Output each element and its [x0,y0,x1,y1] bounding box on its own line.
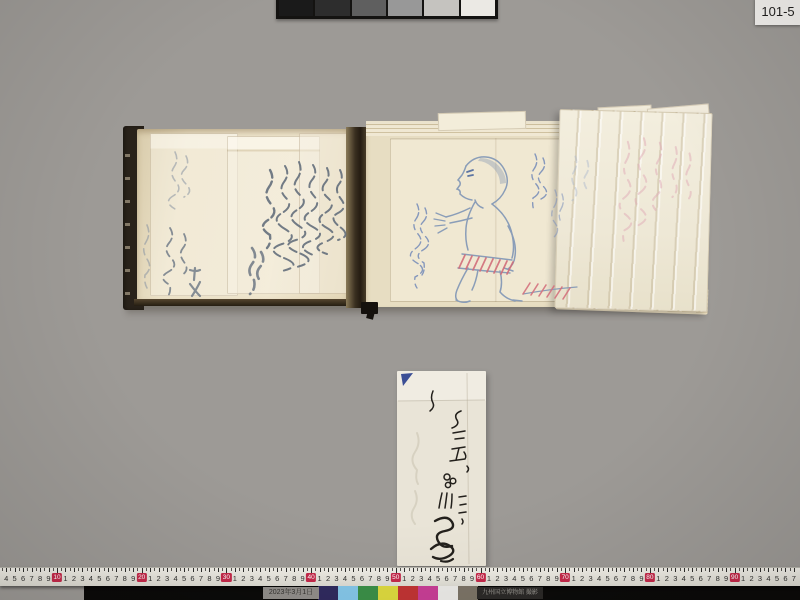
ruler-tick [15,568,16,572]
ruler-number: 1 [233,574,237,584]
ruler-number: 9 [385,574,389,584]
ruler-tick [201,568,202,572]
ruler-number: 2 [72,574,76,584]
ruler-number: 2 [411,574,415,584]
ruler-number: 6 [783,574,787,584]
ruler-number: 2 [495,574,499,584]
ruler-half-tick [612,568,613,571]
color-patch [378,586,398,600]
ruler-number: 2 [665,574,669,584]
ruler-tick [447,568,448,572]
ruler-tick [641,568,642,572]
ruler-number: 3 [673,574,677,584]
ruler-tick [633,568,634,572]
ruler-half-tick [95,568,96,571]
color-patch [398,586,418,600]
ruler-tick [150,568,151,572]
ruler-number: 6 [190,574,194,584]
slip-calligraphy [397,371,486,566]
ruler-tick [23,568,24,572]
ruler-tick [387,568,388,572]
ruler-half-tick [561,568,562,571]
item-id-label: 101-5 [755,0,800,25]
ruler-number: 1 [63,574,67,584]
grayscale-patch [388,0,422,16]
ruler-half-tick [265,568,266,571]
ruler-number: 6 [21,574,25,584]
ruler-half-tick [442,568,443,571]
ruler-tick [582,568,583,572]
color-patch [318,586,338,600]
ruler-tick [91,568,92,572]
ruler-tick [116,568,117,572]
ruler-tick [6,568,7,572]
ruler-half-tick [248,568,249,571]
ruler-half-tick [129,568,130,571]
ruler-number: 3 [80,574,84,584]
ruler-number: 8 [292,574,296,584]
ruler-decade-number: 60 [475,573,485,582]
calligraphy-small-marks [163,228,200,296]
ruler-tick [235,568,236,572]
ruler-half-tick [773,568,774,571]
ruler-number: 6 [614,574,618,584]
ruler-number: 4 [682,574,686,584]
ruler-tick [269,568,270,572]
figure-sketch [434,157,577,302]
ruler-tick [709,568,710,572]
ruler-number: 3 [419,574,423,584]
ruler-half-tick [552,568,553,571]
ruler-half-tick [578,568,579,571]
ruler-half-tick [459,568,460,571]
ruler-half-tick [713,568,714,571]
ruler-half-tick [146,568,147,571]
ruler-number: 3 [504,574,508,584]
ruler-number: 7 [622,574,626,584]
ruler-number: 7 [284,574,288,584]
ruler-half-tick [519,568,520,571]
ruler-tick [345,568,346,572]
ruler-half-tick [180,568,181,571]
ruler-half-tick [595,568,596,571]
ruler-half-tick [273,568,274,571]
ruler-tick [438,568,439,572]
ruler-number: 2 [749,574,753,584]
ruler-half-tick [239,568,240,571]
ruler-number: 9 [639,574,643,584]
ruler-tick [616,568,617,572]
ruler-half-tick [569,568,570,571]
ruler-decade-number: 70 [560,573,570,582]
archival-photo: 101-5 [0,0,800,600]
ruler-half-tick [739,568,740,571]
ruler-number: 1 [317,574,321,584]
ruler-tick [548,568,549,572]
ruler-tick [40,568,41,572]
ruler-tick [785,568,786,572]
ruler-number: 7 [29,574,33,584]
ruler-half-tick [705,568,706,571]
ruler-tick [591,568,592,572]
ruler-number: 5 [436,574,440,584]
ruler-tick [608,568,609,572]
ruler-tick [303,568,304,572]
ruler-half-tick [137,568,138,571]
ruler-tick [49,568,50,572]
ruler-number: 5 [97,574,101,584]
ruler-number: 2 [326,574,330,584]
ruler-half-tick [400,568,401,571]
ruler-half-tick [756,568,757,571]
ruler-half-tick [171,568,172,571]
ruler-number: 1 [572,574,576,584]
grayscale-patch [279,0,313,16]
ruler-number: 5 [775,574,779,584]
ruler-number: 3 [250,574,254,584]
ruler-tick [557,568,558,572]
ruler-decade-number: 30 [221,573,231,582]
ruler-tick [413,568,414,572]
ruler-half-tick [620,568,621,571]
ruler-number: 5 [182,574,186,584]
ruler-number: 9 [301,574,305,584]
ruler-half-tick [36,568,37,571]
ruler-number: 9 [470,574,474,584]
color-calibration-bar [318,586,478,600]
ruler-half-tick [603,568,604,571]
ruler-half-tick [104,568,105,571]
ruler-number: 4 [89,574,93,584]
ruler-half-tick [298,568,299,571]
ruler-tick [684,568,685,572]
ruler-number: 8 [716,574,720,584]
ruler-half-tick [70,568,71,571]
ruler-number: 3 [758,574,762,584]
ruler-tick [252,568,253,572]
ruler-tick [523,568,524,572]
ruler-half-tick [222,568,223,571]
ruler-half-tick [392,568,393,571]
ruler-half-tick [281,568,282,571]
ruler-half-tick [544,568,545,571]
ruler-half-tick [163,568,164,571]
ruler-number: 6 [275,574,279,584]
ruler-tick [701,568,702,572]
ruler-half-tick [646,568,647,571]
ruler-half-tick [53,568,54,571]
ruler-half-tick [502,568,503,571]
ruler-half-tick [341,568,342,571]
ruler-half-tick [383,568,384,571]
ruler-half-tick [197,568,198,571]
credit-label: 九州国立博物館 撮影 [477,587,543,599]
ruler-number: 2 [580,574,584,584]
ruler-tick [421,568,422,572]
ruler-number: 6 [106,574,110,584]
ruler-tick [760,568,761,572]
ruler-tick [464,568,465,572]
ruler-half-tick [349,568,350,571]
ruler-number: 6 [445,574,449,584]
ruler-tick [286,568,287,572]
ruler-number: 6 [360,574,364,584]
ruler-half-tick [451,568,452,571]
ruler-number: 4 [428,574,432,584]
ruler-tick [243,568,244,572]
ruler-number: 5 [13,574,17,584]
ruler-number: 8 [546,574,550,584]
ruler-half-tick [61,568,62,571]
ruler-tick [675,568,676,572]
ruler-tick [260,568,261,572]
ruler-half-tick [434,568,435,571]
ruler-half-tick [671,568,672,571]
ruler-number: 8 [207,574,211,584]
ruler-tick [743,568,744,572]
ruler-half-tick [290,568,291,571]
ruler-number: 4 [258,574,262,584]
ruler-number: 2 [157,574,161,584]
ruler-half-tick [680,568,681,571]
ruler-number: 8 [461,574,465,584]
ruler-number: 1 [402,574,406,584]
ruler-number: 1 [487,574,491,584]
ruler-number: 8 [631,574,635,584]
ruler-half-tick [121,568,122,571]
ruler-tick [209,568,210,572]
ruler-tick [82,568,83,572]
ruler-tick [218,568,219,572]
ruler-half-tick [324,568,325,571]
ruler-number: 7 [792,574,796,584]
calligraphy-columns [263,162,346,271]
grayscale-patch [352,0,386,16]
ruler-tick [167,568,168,572]
ruler-half-tick [468,568,469,571]
color-patch [358,586,378,600]
ruler-half-tick [536,568,537,571]
ruler-tick [667,568,668,572]
ruler-half-tick [358,568,359,571]
ruler-tick [337,568,338,572]
ruler-tick [489,568,490,572]
ruler-tick [353,568,354,572]
ruler-half-tick [764,568,765,571]
ruler-half-tick [366,568,367,571]
ruler-number: 1 [741,574,745,584]
ruler-decade-number: 20 [137,573,147,582]
ruler-number: 6 [699,574,703,584]
ruler-half-tick [527,568,528,571]
ruler-half-tick [688,568,689,571]
paper-slip [397,371,486,566]
ruler-half-tick [586,568,587,571]
ruler-half-tick [27,568,28,571]
ruler-tick [540,568,541,572]
ruler-number: 9 [46,574,50,584]
ruler-number: 7 [538,574,542,584]
ruler-number: 8 [123,574,127,584]
ruler-tick [658,568,659,572]
ruler-number: 8 [38,574,42,584]
ruler-half-tick [214,568,215,571]
ruler-number: 7 [453,574,457,584]
ruler-half-tick [663,568,664,571]
ruler-tick [497,568,498,572]
ruler-tick [506,568,507,572]
ruler-tick [320,568,321,572]
ruler-tick [404,568,405,572]
ruler-half-tick [425,568,426,571]
ink-artwork [118,108,718,338]
ruler-number: 7 [368,574,372,584]
ruler-number: 9 [724,574,728,584]
ruler-half-tick [409,568,410,571]
ruler-number: 5 [521,574,525,584]
calligraphy-faint-columns [144,152,190,288]
ruler-decade-number: 90 [729,573,739,582]
ruler-number: 3 [165,574,169,584]
ruler-tick [379,568,380,572]
color-patch [438,586,458,600]
ruler-half-tick [493,568,494,571]
ruler-tick [794,568,795,572]
grayscale-patch [424,0,458,16]
ruler-half-tick [315,568,316,571]
calligraphy-bold-marks [249,248,263,294]
ruler-half-tick [188,568,189,571]
ruler-number: 4 [4,574,8,584]
ruler-half-tick [696,568,697,571]
ruler-decade-number: 50 [391,573,401,582]
ruler-number: 9 [216,574,220,584]
ruler-tick [472,568,473,572]
ruler-half-tick [19,568,20,571]
ruler-half-tick [485,568,486,571]
ruler-number: 4 [766,574,770,584]
ruler-number: 7 [114,574,118,584]
color-patch [458,586,478,600]
ruler-tick [277,568,278,572]
ruler-half-tick [790,568,791,571]
ruler-tick [328,568,329,572]
red-hatch-floor [523,283,570,299]
ruler-tick [726,568,727,572]
ruler-half-tick [87,568,88,571]
ruler-number: 8 [377,574,381,584]
ruler-half-tick [2,568,3,571]
ruler-half-tick [722,568,723,571]
ruler-tick [108,568,109,572]
ruler-half-tick [256,568,257,571]
ruler-half-tick [112,568,113,571]
ruler-number: 9 [555,574,559,584]
ruler-tick [193,568,194,572]
grayscale-patch [315,0,349,16]
ruler-tick [370,568,371,572]
ruler-half-tick [78,568,79,571]
ruler-number: 4 [343,574,347,584]
ruler-number: 5 [690,574,694,584]
ruler-half-tick [154,568,155,571]
ruler-number: 5 [267,574,271,584]
ruler-half-tick [332,568,333,571]
ruler-half-tick [231,568,232,571]
ruler-number: 9 [131,574,135,584]
ruler-tick [159,568,160,572]
ruler-tick [430,568,431,572]
ruler-tick [514,568,515,572]
ruler-tick [531,568,532,572]
ruler-tick [599,568,600,572]
ruler-tick [32,568,33,572]
ruler-tick [752,568,753,572]
ruler-tick [768,568,769,572]
ruler-half-tick [654,568,655,571]
ruler-tick [65,568,66,572]
ruler-number: 1 [148,574,152,584]
grayscale-patch [461,0,495,16]
ruler-tick [777,568,778,572]
ruler-tick [133,568,134,572]
ruler-number: 4 [597,574,601,584]
ruler-tick [99,568,100,572]
ruler-half-tick [629,568,630,571]
ruler-half-tick [730,568,731,571]
ruler-half-tick [510,568,511,571]
ruler-half-tick [476,568,477,571]
ruler-tick [294,568,295,572]
ruler-tick [125,568,126,572]
ruler-half-tick [10,568,11,571]
ruler-number: 1 [656,574,660,584]
ruler-half-tick [205,568,206,571]
ruler-number: 5 [605,574,609,584]
ruler-tick [718,568,719,572]
ruler-decade-number: 80 [645,573,655,582]
grayscale-calibration-bar [276,0,498,19]
ruler-decade-number: 10 [52,573,62,582]
ruler-half-tick [781,568,782,571]
ruler-number: 3 [334,574,338,584]
ruler-half-tick [637,568,638,571]
blue-corner-mark [401,373,413,386]
ruler-tick [362,568,363,572]
ruler-number: 2 [241,574,245,584]
ruler-number: 4 [512,574,516,584]
ruler-half-tick [747,568,748,571]
ruler-tick [176,568,177,572]
blue-annotation-columns [410,154,563,288]
ruler-number: 7 [707,574,711,584]
ruler-half-tick [375,568,376,571]
ruler-tick [624,568,625,572]
ruler-half-tick [417,568,418,571]
color-patch [338,586,358,600]
ruler-number: 7 [199,574,203,584]
date-label: 2023年3月1日 [263,587,319,599]
ruler-half-tick [307,568,308,571]
ruler-tick [455,568,456,572]
measuring-ruler: 3456789101234567892012345678930123456789… [0,567,800,586]
ruler-tick [74,568,75,572]
ruler-number: 6 [529,574,533,584]
color-patch [418,586,438,600]
ruler-number: 4 [173,574,177,584]
ruler-decade-number: 40 [306,573,316,582]
ruler-tick [692,568,693,572]
